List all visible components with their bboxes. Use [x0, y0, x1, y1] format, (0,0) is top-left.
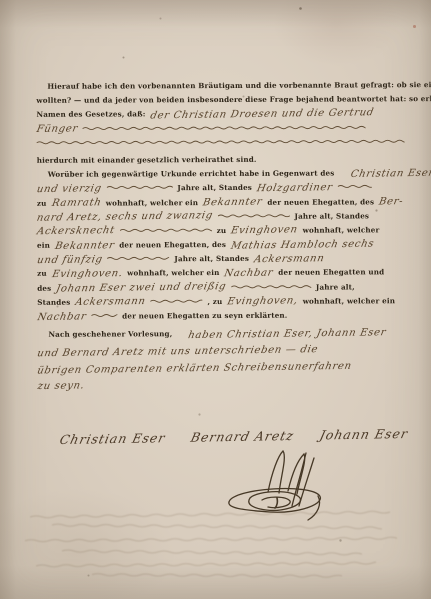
printed-text: Standes — [37, 297, 70, 306]
printed-text: wohnhaft, welcher ein — [127, 268, 219, 277]
handwritten-text: Holzgardiner — [256, 181, 334, 196]
document-line — [37, 132, 409, 148]
handwritten-text: Ber- — [378, 195, 405, 210]
handwritten-text: Nachbar — [223, 266, 275, 281]
printed-text: der neuen Ehegatten, des — [119, 240, 226, 249]
document-text-block: Hierauf habe ich den vorbenannten Bräuti… — [36, 75, 409, 391]
paper-specks — [0, 0, 1, 1]
printed-text: wohnhaft, welcher ein — [303, 296, 395, 305]
bleed-through-line — [92, 562, 342, 583]
wavy-filler-line — [231, 282, 311, 290]
witness-signature: Bernard Aretz — [189, 428, 295, 445]
printed-text: Jahre alt, Standes — [177, 183, 252, 192]
printed-text: zu — [217, 226, 227, 235]
wavy-filler-line — [91, 311, 117, 319]
handwritten-text: Ackersknecht — [36, 224, 117, 239]
handwritten-text: Ackersmann — [253, 252, 326, 267]
handwritten-text: Mathias Hambloch sechs — [230, 237, 376, 253]
printed-text: Nach geschehener Vorlesung, — [48, 329, 172, 339]
printed-text: der neuen Ehegatten und — [278, 268, 384, 277]
printed-text: des — [37, 283, 51, 292]
wavy-filler-line — [106, 184, 172, 192]
printed-text: Jahre alt, Standes — [294, 211, 369, 220]
handwritten-text: Fünger — [35, 122, 79, 137]
witness-signature: Christian Eser — [58, 430, 167, 447]
signature-row: Christian EserBernard AretzJohann Eser — [60, 426, 408, 447]
printed-text: Jahre alt, — [316, 282, 355, 291]
handwritten-text: Bekannter — [54, 239, 116, 254]
printed-text: , zu — [207, 297, 222, 306]
handwritten-text: nard Aretz, sechs und zwanzig — [35, 209, 214, 226]
handwritten-text: und vierzig — [35, 182, 103, 197]
wavy-filler-line — [120, 226, 212, 234]
printed-text: zu — [37, 269, 47, 278]
handwritten-text: Ramrath — [50, 196, 102, 211]
handwritten-text: Nachbar — [36, 310, 88, 325]
wavy-filler-line — [337, 183, 371, 191]
printed-text: Jahre alt, Standes — [174, 254, 249, 263]
handwritten-text: zu seyn. — [36, 377, 86, 395]
wavy-filler-line — [37, 137, 405, 147]
handwritten-text: Christian Eser vier — [338, 166, 431, 182]
document-line: Nach geschehener Vorlesung,haben Christi… — [37, 321, 409, 340]
handwritten-text: Ackersmann — [74, 295, 147, 310]
handwritten-text: Evinghoven. — [50, 267, 123, 282]
document-line: Worüber ich gegenwärtige Urkunde erricht… — [37, 163, 409, 179]
scanned-document-page: Hierauf habe ich den vorbenannten Bräuti… — [0, 0, 431, 599]
handwritten-text: Evinghoven — [230, 224, 299, 239]
printed-text: Namen des Gesetzes, daß: — [36, 110, 145, 119]
wavy-filler-line — [150, 297, 202, 305]
handwritten-text: Evinghoven, — [226, 295, 299, 310]
printed-text: der neuen Ehegatten zu seyn erklärten. — [122, 311, 287, 321]
wavy-filler-line — [107, 254, 169, 262]
printed-text: der neuen Ehegatten, des — [267, 197, 374, 206]
printed-text: wohnhaft, welcher — [303, 225, 380, 234]
witness-signature: Johann Eser — [318, 426, 409, 443]
printed-text: ein — [37, 241, 50, 250]
handwritten-text: und fünfzig — [36, 253, 104, 268]
printed-text: zu — [37, 198, 47, 207]
wavy-filler-line — [218, 211, 290, 219]
wavy-filler-line — [83, 123, 366, 132]
wavy-filler-line — [92, 571, 342, 580]
document-line: Namen des Gesetzes, daß:der Christian Dr… — [36, 104, 408, 120]
printed-text: wohnhaft, welcher ein — [106, 198, 198, 207]
